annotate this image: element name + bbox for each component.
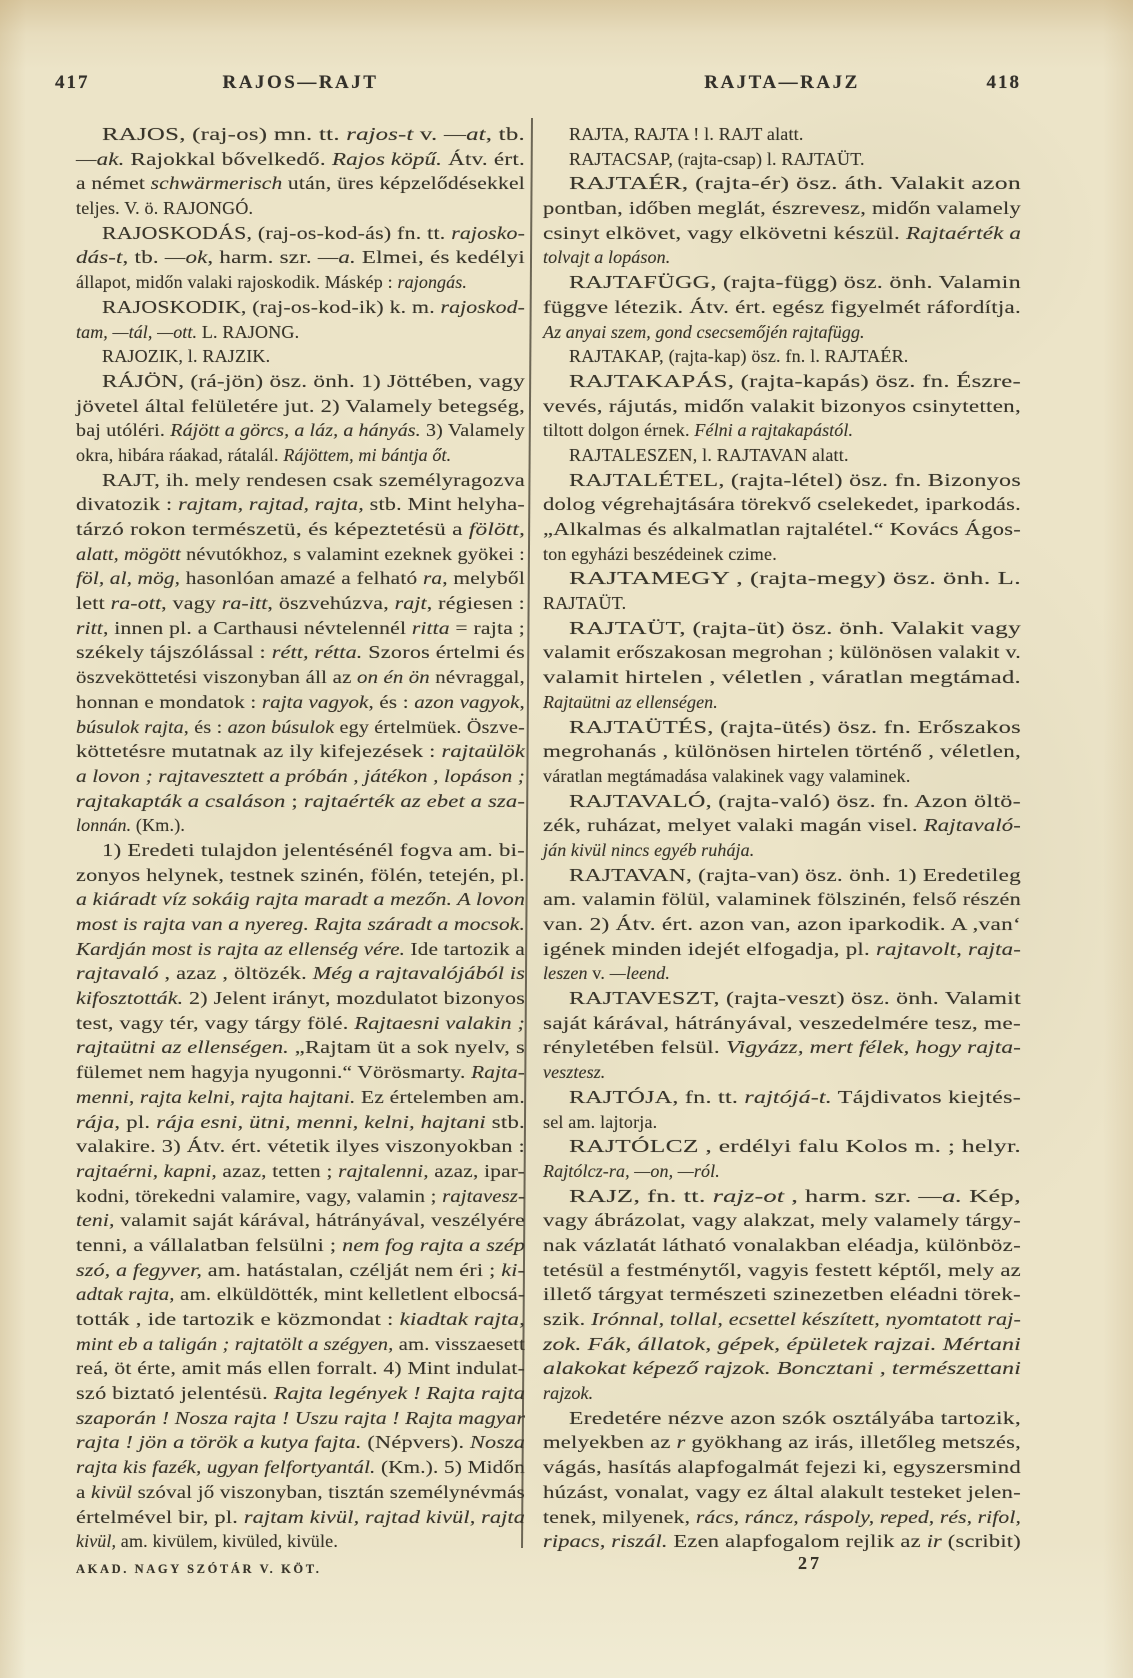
roman-text: RÁJÖN, (rá-jön) ösz. önh. 1) Jöttében, v… <box>102 371 525 391</box>
text-line-content: RAJTAÉR, (rajta-ér) ösz. áth. Valakit az… <box>569 171 1021 196</box>
text-line-content: rajta ! jön a török a kutya fajta. (Népv… <box>76 1430 525 1455</box>
text-line: szaporán ! Nosza rajta ! Uszu rajta ! Ra… <box>76 1406 525 1431</box>
roman-text: RAJTAKAPÁS, (rajta-kapás) ösz. fn. Észre… <box>569 371 1021 391</box>
italic-text: ra-ott <box>111 593 162 613</box>
italic-text: rajtalenni, <box>338 1161 429 1181</box>
text-line-content: melyekben az r gyökhang az irás, illetől… <box>543 1430 1021 1455</box>
text-line-content: RAJTAVESZT, (rajta-veszt) ösz. önh. Vala… <box>569 986 1021 1011</box>
text-line-content: adtak rajta, am. elküldötték, mint kelle… <box>76 1282 525 1307</box>
text-line-content: reá, öt érte, amit más ellen forralt. 4)… <box>76 1356 525 1381</box>
italic-text: szaporán ! Nosza rajta ! Uszu rajta ! Ra… <box>76 1408 525 1428</box>
italic-text: schwärmerisch <box>151 173 283 193</box>
text-line-content: köttetésre mutatnak az ily kifejezések :… <box>76 739 525 764</box>
text-line-content: illető tárgyat természeti szinezetben el… <box>543 1282 1021 1307</box>
text-line: dás-t, tb. —ok, harm. szr. —a. Elmei, és… <box>76 245 525 270</box>
text-line-content: RAJTÓJA, fn. tt. rajtójá-t. Tájdivatos k… <box>569 1085 1021 1110</box>
roman-text: jövetel által felületére jut. 2) Valamel… <box>76 396 525 416</box>
text-line: RAJOS, (raj-os) mn. tt. rajos-t v. —at, … <box>76 122 525 147</box>
roman-text: , <box>520 692 525 712</box>
text-line: RAJOSKODIK, (raj-os-kod-ik) k. m. rajosk… <box>76 295 525 320</box>
roman-text: vágás, hasítás alapfogalmát fejezi ki, e… <box>543 1457 1021 1477</box>
roman-text: Rajokkal bővelkedő. <box>124 149 331 169</box>
roman-text: „Rajtam üt a sok nyelv, s <box>289 1037 525 1057</box>
text-line-content: teni, valamit saját kárával, hátrányával… <box>76 1208 525 1233</box>
text-line: vágás, hasítás alapfogalmát fejezi ki, e… <box>543 1455 1021 1480</box>
text-line: tárzó rokon természetü, és képeztetésü a… <box>76 517 525 542</box>
roman-text: RAJZ, fn. tt. <box>569 1186 713 1206</box>
roman-text: 3) Valamely <box>421 420 525 440</box>
italic-text: Rájöttem, mi bántja őt. <box>283 445 451 465</box>
text-line: a kivül szóval jő viszonyban, tisztán sz… <box>76 1480 525 1505</box>
italic-text: Még a rajtavalójából is <box>313 963 525 983</box>
text-line: jövetel által felületére jut. 2) Valamel… <box>76 394 525 419</box>
roman-text: , és : <box>368 692 414 712</box>
italic-text: Rajtavaló- <box>924 815 1021 835</box>
roman-text: valamit hirtelen , véletlen , váratlan m… <box>543 667 1021 687</box>
text-line: valamit erőszakosan megrohan ; különösen… <box>543 640 1021 665</box>
roman-text: dolog végrehajtására törekvő cselekedet,… <box>543 494 1021 514</box>
text-line-content: megrohanás , különösen hirtelen történő … <box>543 739 1021 764</box>
text-line: kodni, törekedni valamire, vagy, valamin… <box>76 1184 525 1209</box>
text-line: saját kárával, hátrányával, veszedelmére… <box>543 1011 1021 1036</box>
roman-text: szóval jő viszonyban, tisztán személynév… <box>132 1482 525 1502</box>
text-line: teni, valamit saját kárával, hátrányával… <box>76 1208 525 1233</box>
roman-text: , pl. <box>114 1112 156 1132</box>
text-line: honnan e mondatok : rajta vagyok, és : a… <box>76 690 525 715</box>
text-line: RAJT, ih. mely rendesen csak személyrago… <box>76 468 525 493</box>
italic-text: zok. Fák, állatok, gépek, épületek rajza… <box>543 1334 1021 1354</box>
roman-text: reá, öt érte, amit más ellen forralt. 4)… <box>76 1358 525 1378</box>
italic-text: rajta- <box>968 939 1021 959</box>
text-line-content: RAJTAFÜGG, (rajta-függ) ösz. önh. Valami… <box>569 270 1021 295</box>
text-line: illető tárgyat természeti szinezetben el… <box>543 1282 1021 1307</box>
text-line: fülemet nem hagyja nyugonni.“ Vörösmarty… <box>76 1060 525 1085</box>
text-line: RAJTÓJA, fn. tt. rajtójá-t. Tájdivatos k… <box>543 1085 1021 1110</box>
roman-text: RAJT, ih. mely rendesen csak személyrago… <box>102 470 525 490</box>
text-line-content: a német schwärmerisch után, üres képzelő… <box>76 171 525 196</box>
roman-text: megrohanás , különösen hirtelen történő … <box>543 741 1021 761</box>
roman-text: , azaz , öltözék. <box>159 963 313 983</box>
text-line: rajta kis fazék, ugyan felfortyantál. (K… <box>76 1455 525 1480</box>
roman-text: (Népvers). <box>362 1432 470 1452</box>
roman-text: egy értelmüek. Öszve- <box>334 717 525 737</box>
text-line: melyekben az r gyökhang az irás, illetől… <box>543 1430 1021 1455</box>
roman-text: valakire. 3) Átv. ért. vétetik ilyes vis… <box>76 1136 525 1156</box>
roman-text: stb. <box>486 1112 525 1132</box>
italic-text: —leend. <box>610 963 670 983</box>
roman-text: RAJTÓJA, fn. tt. <box>569 1087 744 1107</box>
text-line-content: sel am. lajtorja. <box>543 1110 657 1135</box>
italic-text: ján kivül nincs egyéb ruhája. <box>543 840 754 860</box>
italic-text: Rajtólcz-ra, —on, —ról. <box>543 1161 720 1181</box>
roman-text: RAJTAÜT, (rajta-üt) ösz. önh. Valakit va… <box>569 618 1021 638</box>
text-line-content: vágás, hasítás alapfogalmát fejezi ki, e… <box>543 1455 1021 1480</box>
text-line: RAJOSKODÁS, (raj-os-kod-ás) fn. tt. rajo… <box>76 221 525 246</box>
roman-text: RAJTÓLCZ , erdélyi falu Kolos m. ; helyr… <box>569 1136 1021 1156</box>
text-line: RAJTALÉTEL, (rajta-létel) ösz. fn. Bizon… <box>543 468 1021 493</box>
roman-text: , vagy <box>161 593 222 613</box>
text-line-content: tenni, a vállalatban felsülni ; nem fog … <box>76 1233 525 1258</box>
text-line-content: pontban, időben meglát, észrevesz, midőn… <box>543 196 1021 221</box>
italic-text: ra-itt <box>222 593 268 613</box>
text-line: kifosztották. 2) Jelent irányt, mozdulat… <box>76 986 525 1011</box>
text-line-content: valakire. 3) Átv. ért. vétetik ilyes vis… <box>76 1134 525 1159</box>
italic-text: Rajtaérték a <box>906 223 1021 243</box>
italic-text: r <box>677 1432 686 1452</box>
text-line-content: rajta kis fazék, ugyan felfortyantál. (K… <box>76 1455 525 1480</box>
text-line: a lovon ; rajtavesztett a próbán , játék… <box>76 764 525 789</box>
text-line-content: nak vázlatát látható vonalakban eléadja,… <box>543 1233 1021 1258</box>
text-line-content: szó, a fegyver, am. hatástalan, czélját … <box>76 1258 525 1283</box>
italic-text: Rájött a görcs, a láz, a hányás. <box>170 420 420 440</box>
italic-text: szó, a fegyver, <box>76 1260 202 1280</box>
italic-text: rajtakapták a csaláson <box>76 791 285 811</box>
text-line-content: alakokat képező rajzok. Boncztani , term… <box>543 1356 1021 1381</box>
text-line-content: váratlan megtámadása valakinek vagy vala… <box>543 764 911 789</box>
text-line-content: ritt, innen pl. a Carthausi névtelennél … <box>76 616 525 641</box>
roman-text: „Alkalmas és alkalmatlan rajtalétel.“ Ko… <box>543 519 1021 539</box>
italic-text: rajta kis fazék, ugyan felfortyantál. <box>76 1457 375 1477</box>
italic-text: rajtaütni az ellenségen. <box>76 1037 289 1057</box>
text-line-content: dolog végrehajtására törekvő cselekedet,… <box>543 492 1021 517</box>
roman-text: Tájdivatos kiejtés- <box>832 1087 1021 1107</box>
italic-text: rajt <box>395 593 427 613</box>
text-line-content: RAJTAÜT. <box>543 591 626 616</box>
page-number-right: 418 <box>961 72 1021 98</box>
italic-text: rajos-t <box>346 124 413 144</box>
text-line-content: vagy ábrázolat, vagy alakzat, mely valam… <box>543 1208 1021 1233</box>
text-line-content: kifosztották. 2) Jelent irányt, mozdulat… <box>76 986 525 1011</box>
roman-text: nak vázlatát látható vonalakban eléadja,… <box>543 1235 1021 1255</box>
italic-text: a lovon ; rajtavesztett a próbán , játék… <box>76 766 525 786</box>
text-line: rajtaütni az ellenségen. „Rajtam üt a so… <box>76 1035 525 1060</box>
text-line-content: jövetel által felületére jut. 2) Valamel… <box>76 394 525 419</box>
text-line-content: rajtavaló , azaz , öltözék. Még a rajtav… <box>76 961 525 986</box>
text-line-content: húzást, vonalat, vagy ez által alakult t… <box>543 1480 1021 1505</box>
text-line: dolog végrehajtására törekvő cselekedet,… <box>543 492 1021 517</box>
text-line-content: tiltott dolgon érnek. Félni a rajtakapás… <box>543 418 853 443</box>
italic-text: ra <box>423 568 442 588</box>
text-line: reá, öt érte, amit más ellen forralt. 4)… <box>76 1356 525 1381</box>
roman-text: tenni, a vállalatban felsülni ; <box>76 1235 342 1255</box>
text-line: most is rajta van a nyereg. Rajta szárad… <box>76 912 525 937</box>
roman-text: = rajta ; <box>450 618 525 638</box>
roman-text: RAJTAÜT. <box>543 593 626 613</box>
roman-text: Ez értelemben am. <box>355 1087 525 1107</box>
text-line-content: a kivül szóval jő viszonyban, tisztán sz… <box>76 1480 525 1505</box>
roman-text: am. hatástalan, czélját nem éri ; <box>202 1260 501 1280</box>
text-line-content: RÁJÖN, (rá-jön) ösz. önh. 1) Jöttében, v… <box>102 369 525 394</box>
italic-text: rajtam kivül, rajtad kivül, rajta <box>244 1507 525 1527</box>
italic-text: vesztesz. <box>543 1062 605 1082</box>
text-line-content: zok. Fák, állatok, gépek, épületek rajza… <box>543 1332 1021 1357</box>
italic-text: rája esni, ütni, menni, kelni, hajtani <box>156 1112 486 1132</box>
text-line: valamit hirtelen , véletlen , váratlan m… <box>543 665 1021 690</box>
text-line: szó, a fegyver, am. hatástalan, czélját … <box>76 1258 525 1283</box>
roman-text: húzást, vonalat, vagy ez által alakult t… <box>543 1482 1021 1502</box>
text-line: adtak rajta, am. elküldötték, mint kelle… <box>76 1282 525 1307</box>
text-line: tiltott dolgon érnek. Félni a rajtakapás… <box>543 418 1021 443</box>
text-line: csinyt elkövet, vagy elkövetni készül. R… <box>543 221 1021 246</box>
roman-text: Kép, <box>962 1186 1021 1206</box>
text-line-content: fülemet nem hagyja nyugonni.“ Vörösmarty… <box>76 1060 525 1085</box>
italic-text: rajzok. <box>543 1383 593 1403</box>
roman-text: tották , ide tartozik e közmondat : <box>76 1309 400 1329</box>
text-line: tenni, a vállalatban felsülni ; nem fog … <box>76 1233 525 1258</box>
text-line-content: Kardján most is rajta az ellenség vére. … <box>76 937 525 962</box>
roman-text: (scribit) <box>942 1531 1021 1551</box>
text-line-content: RAJOZIK, l. RAJZIK. <box>102 344 270 369</box>
text-line: RAJTÓLCZ , erdélyi falu Kolos m. ; helyr… <box>543 1134 1021 1159</box>
text-line-content: saját kárával, hátrányával, veszedelmére… <box>543 1011 1021 1036</box>
roman-text: , és : <box>184 717 228 737</box>
roman-text: a <box>76 1482 91 1502</box>
roman-text: ton egyházi beszédeinek czime. <box>543 544 777 564</box>
roman-text: RAJTAÜTÉS, (rajta-ütés) ösz. fn. Erőszak… <box>569 717 1021 737</box>
roman-text: tetésül a festménytől, vagyis festett ké… <box>543 1260 1021 1280</box>
roman-text: Átv. ért. <box>442 149 525 169</box>
roman-text: 1) Eredeti tulajdon jelentésénél fogva a… <box>102 840 525 860</box>
roman-text: RAJTACSAP, (rajta-csap) l. RAJTAÜT. <box>569 149 865 169</box>
italic-text: Félni a rajtakapástól. <box>694 420 853 440</box>
roman-text: am. elküldötték, mint kelletlent elbocsá… <box>175 1284 525 1304</box>
roman-text: valamit erőszakosan megrohan ; különösen… <box>543 642 1021 662</box>
text-line: menni, rajta kelni, rajta hajtani. Ez ér… <box>76 1085 525 1110</box>
text-line-content: a kiáradt víz sokáig rajta maradt a mező… <box>76 887 525 912</box>
roman-text: , harm. szr. <box>784 1186 918 1206</box>
text-line-content: csinyt elkövet, vagy elkövetni készül. R… <box>543 221 1021 246</box>
roman-text: RAJTAKAP, (rajta-kap) ösz. fn. l. RAJTAÉ… <box>569 346 908 366</box>
text-line-content: zonyos helynek, testnek szinén, fölén, t… <box>76 863 525 888</box>
roman-text: teljes. V. ö. RAJONGÓ. <box>76 198 253 218</box>
roman-text: am. valamin fölül, valaminek fölszinén, … <box>543 889 1021 909</box>
text-line: test, vagy tér, vagy tárgy fölé. Rajtaes… <box>76 1011 525 1036</box>
text-line-content: ripacs, riszál. Ezen alapfogalom rejlik … <box>543 1529 1021 1554</box>
text-line: alatt, mögött névutókhoz, s valamint eze… <box>76 542 525 567</box>
text-line: pontban, időben meglát, észrevesz, midőn… <box>543 196 1021 221</box>
text-line: divatozik : rajtam, rajtad, rajta, stb. … <box>76 492 525 517</box>
roman-text: v. <box>413 124 444 144</box>
text-line-content: tolvajt a lopáson. <box>543 245 670 270</box>
dictionary-page: 417 RAJOS—RAJT RAJTA—RAJZ 418 RAJOS, (ra… <box>0 0 1133 1678</box>
italic-text: rajtaérni, kapni, <box>76 1161 217 1181</box>
italic-text: Irónnal, tollal, ecsettel készített, nyo… <box>591 1309 1021 1329</box>
italic-text: búsulok rajta <box>76 717 184 737</box>
italic-text: rajtaérték az ebet a sza- <box>304 791 525 811</box>
text-line-content: állapot, midőn valaki rajoskodik. Máskép… <box>76 270 467 295</box>
text-line: tenek, milyenek, rács, ráncz, ráspoly, r… <box>543 1505 1021 1530</box>
roman-text: RAJOSKODÁS, (raj-os-kod-ás) fn. tt. <box>102 223 451 243</box>
roman-text: pontban, időben meglát, észrevesz, midőn… <box>543 198 1021 218</box>
italic-text: rajta ! jön a török a kutya fajta. <box>76 1432 362 1452</box>
text-line-content: rajzok. <box>543 1381 593 1406</box>
text-line: lett ra-ott, vagy ra-itt, öszvehúzva, ra… <box>76 591 525 616</box>
italic-text: —a. <box>918 1186 962 1206</box>
text-line-content: menni, rajta kelni, rajta hajtani. Ez ér… <box>76 1085 525 1110</box>
italic-text: ritta <box>412 618 450 638</box>
roman-text: hasonlóan amazé a felható <box>180 568 423 588</box>
text-line-content: RAJTACSAP, (rajta-csap) l. RAJTAÜT. <box>569 147 865 172</box>
text-line-content: am. valamin fölül, valaminek fölszinén, … <box>543 887 1021 912</box>
text-line: Kardján most is rajta az ellenség vére. … <box>76 937 525 962</box>
italic-text: rajtaülök <box>442 741 525 761</box>
roman-text: van. 2) Átv. ért. azon van, azon iparkod… <box>543 914 1021 934</box>
text-line-content: van. 2) Átv. ért. azon van, azon iparkod… <box>543 912 1021 937</box>
italic-text: ritt <box>76 618 103 638</box>
text-line-content: 1) Eredeti tulajdon jelentésénél fogva a… <box>102 838 525 863</box>
italic-text: föl, al, mög, <box>76 568 180 588</box>
italic-text: fölött, <box>469 519 525 539</box>
italic-text: nem fog rajta a szép <box>342 1235 525 1255</box>
text-line: Rajtaütni az ellenségen. <box>543 690 1021 715</box>
text-line: zok. Fák, állatok, gépek, épületek rajza… <box>543 1332 1021 1357</box>
text-line-content: függve létezik. Átv. ért. egész figyelmé… <box>543 295 1021 320</box>
roman-text: szik. <box>543 1309 591 1329</box>
italic-text: rajongás. <box>398 272 467 292</box>
text-line-content: Rajtaütni az ellenségen. <box>543 690 718 715</box>
italic-text: ki- <box>501 1260 525 1280</box>
text-line: székely tájszólással : rétt, rétta. Szor… <box>76 640 525 665</box>
text-line: zonyos helynek, testnek szinén, fölén, t… <box>76 863 525 888</box>
italic-text: Rajos köpű. <box>332 149 442 169</box>
text-line: rajzok. <box>543 1381 1021 1406</box>
italic-text: Vigyázz, mert félek, hogy rajta- <box>726 1037 1021 1057</box>
text-line: RAJTAVAN, (rajta-van) ösz. önh. 1) Erede… <box>543 863 1021 888</box>
text-line: búsulok rajta, és : azon búsulok egy ért… <box>76 715 525 740</box>
text-line-content: RAJZ, fn. tt. rajz-ot , harm. szr. —a. K… <box>569 1184 1021 1209</box>
text-line-content: alatt, mögött névutókhoz, s valamint eze… <box>76 542 525 567</box>
text-line-content: kivül, am. kivülem, kivüled, kivüle. <box>76 1529 338 1554</box>
text-line: rajtakapták a csaláson ; rajtaérték az e… <box>76 789 525 814</box>
italic-text: —at <box>444 124 486 144</box>
text-line: RAJTAKAPÁS, (rajta-kapás) ösz. fn. Észre… <box>543 369 1021 394</box>
roman-text: tenek, milyenek, <box>543 1507 696 1527</box>
italic-text: on én ön <box>357 667 430 687</box>
roman-text: , <box>956 939 968 959</box>
text-line: sel am. lajtorja. <box>543 1110 1021 1135</box>
roman-text: RAJOS, (raj-os) mn. tt. <box>102 124 346 144</box>
text-line-content: lonnán. (Km.). <box>76 813 185 838</box>
roman-text: a német <box>76 173 151 193</box>
text-line: RAJTAÜT. <box>543 591 1021 616</box>
italic-text: rajtavolt <box>876 939 956 959</box>
roman-text: Szoros értelmi és <box>362 642 525 662</box>
right-column: RAJTA, RAJTA ! l. RAJT alatt.RAJTACSAP, … <box>543 122 1021 1554</box>
roman-text: igének minden idejét elfogadja, pl. <box>543 939 876 959</box>
roman-text: függve létezik. Átv. ért. egész figyelmé… <box>543 297 1021 317</box>
text-line-content: rényletében felsül. Vigyázz, mert félek,… <box>543 1035 1021 1060</box>
italic-text: kifosztották. <box>76 988 183 1008</box>
italic-text: tam, —tál, —ott. <box>76 322 197 342</box>
roman-text: RAJOSKODIK, (raj-os-kod-ik) k. m. <box>102 297 441 317</box>
roman-text: am. kivülem, kivüled, kivüle. <box>116 1531 338 1551</box>
roman-text: , tb. <box>486 124 525 144</box>
text-line-content: RAJOSKODIK, (raj-os-kod-ik) k. m. rajosk… <box>102 295 525 320</box>
text-line: RAJTA, RAJTA ! l. RAJT alatt. <box>543 122 1021 147</box>
text-line: zék, ruházat, melyet valaki magán visel.… <box>543 813 1021 838</box>
roman-text: vagy ábrázolat, vagy alakzat, mely valam… <box>543 1210 1021 1230</box>
roman-text: értelmével bir, pl. <box>76 1507 244 1527</box>
roman-text: (Km.). 5) Midőn <box>375 1457 525 1477</box>
text-line: értelmével bir, pl. rajtam kivül, rajtad… <box>76 1505 525 1530</box>
text-line-content: —ak. Rajokkal bővelkedő. Rajos köpű. Átv… <box>76 147 525 172</box>
italic-text: rajta vagyok <box>262 692 369 712</box>
text-line-content: RAJTAVAN, (rajta-van) ösz. önh. 1) Erede… <box>569 863 1021 888</box>
text-line-content: divatozik : rajtam, rajtad, rajta, stb. … <box>76 492 525 517</box>
text-line-content: tam, —tál, —ott. L. RAJONG. <box>76 320 299 345</box>
italic-text: ripacs, riszál. <box>543 1531 668 1551</box>
text-line: leszen v. —leend. <box>543 961 1021 986</box>
roman-text: honnan e mondatok : <box>76 692 262 712</box>
roman-text: kodni, törekedni valamire, vagy, valamin… <box>76 1186 442 1206</box>
text-line-content: RAJTALESZEN, l. RAJTAVAN alatt. <box>569 443 849 468</box>
roman-text: Ezen alapfogalom rejlik az <box>668 1531 927 1551</box>
roman-text: RAJOZIK, l. RAJZIK. <box>102 346 270 366</box>
roman-text: RAJTAFÜGG, (rajta-függ) ösz. önh. Valami… <box>569 272 1021 292</box>
text-line-content: rajtakapták a csaláson ; rajtaérték az e… <box>76 789 525 814</box>
roman-text: am. visszaesett <box>393 1334 525 1354</box>
text-line: öszveköttetési viszonyban áll az on én ö… <box>76 665 525 690</box>
text-line-content: RAJTÓLCZ , erdélyi falu Kolos m. ; helyr… <box>569 1134 1021 1159</box>
roman-text: RAJTAÉR, (rajta-ér) ösz. áth. Valakit az… <box>569 173 1021 193</box>
text-line: valakire. 3) Átv. ért. vétetik ilyes vis… <box>76 1134 525 1159</box>
roman-text: , melyből <box>442 568 525 588</box>
text-line: rényletében felsül. Vigyázz, mert félek,… <box>543 1035 1021 1060</box>
text-line-content: rája, pl. rája esni, ütni, menni, kelni,… <box>76 1110 525 1135</box>
text-line: igének minden idejét elfogadja, pl. rajt… <box>543 937 1021 962</box>
text-line-content: szaporán ! Nosza rajta ! Uszu rajta ! Ra… <box>76 1406 525 1431</box>
text-line-content: valamit erőszakosan megrohan ; különösen… <box>543 640 1021 665</box>
italic-text: Rajtaesni valakin ; <box>354 1013 525 1033</box>
text-line: a német schwärmerisch után, üres képzelő… <box>76 171 525 196</box>
text-line-content: a lovon ; rajtavesztett a próbán , játék… <box>76 764 525 789</box>
text-line: teljes. V. ö. RAJONGÓ. <box>76 196 525 221</box>
italic-text: kivül <box>91 1482 132 1502</box>
text-line: szik. Irónnal, tollal, ecsettel készítet… <box>543 1307 1021 1332</box>
roman-text: lett <box>76 593 111 613</box>
text-line-content: vesztesz. <box>543 1060 605 1085</box>
text-line: vesztesz. <box>543 1060 1021 1085</box>
text-line: tolvajt a lopáson. <box>543 245 1021 270</box>
text-line: van. 2) Átv. ért. azon van, azon iparkod… <box>543 912 1021 937</box>
text-line-content: öszveköttetési viszonyban áll az on én ö… <box>76 665 525 690</box>
text-line: 1) Eredeti tulajdon jelentésénél fogva a… <box>76 838 525 863</box>
text-line: tották , ide tartozik e közmondat : kiad… <box>76 1307 525 1332</box>
text-line-content: leszen v. —leend. <box>543 961 670 986</box>
roman-text: valamit saját kárával, hátrányával, vesz… <box>115 1210 525 1230</box>
italic-text: Rajta legények ! Rajta rajta <box>274 1383 525 1403</box>
roman-text: tárzó rokon természetü, és képeztetésü a <box>76 519 469 539</box>
text-line: RAJTAVALÓ, (rajta-való) ösz. fn. Azon öl… <box>543 789 1021 814</box>
italic-text: leszen <box>543 963 588 983</box>
roman-text: öszveköttetési viszonyban áll az <box>76 667 357 687</box>
text-line-content: szó biztató jelentésü. Rajta legények ! … <box>76 1381 525 1406</box>
text-line: a kiáradt víz sokáig rajta maradt a mező… <box>76 887 525 912</box>
text-line: Rajtólcz-ra, —on, —ról. <box>543 1159 1021 1184</box>
text-line-content: tották , ide tartozik e közmondat : kiad… <box>76 1307 525 1332</box>
text-line: szó biztató jelentésü. Rajta legények ! … <box>76 1381 525 1406</box>
text-line-content: mint eb a taligán ; rajtatölt a szégyen,… <box>76 1332 525 1357</box>
roman-text: zonyos helynek, testnek szinén, fölén, t… <box>76 865 525 885</box>
text-line-content: zék, ruházat, melyet valaki magán visel.… <box>543 813 1021 838</box>
signature-mark: 27 <box>543 1553 1021 1574</box>
italic-text: rája <box>76 1112 114 1132</box>
text-line-content: RAJTAKAPÁS, (rajta-kapás) ösz. fn. Észre… <box>569 369 1021 394</box>
text-line: RAJTAÜTÉS, (rajta-ütés) ösz. fn. Erőszak… <box>543 715 1021 740</box>
roman-text: saját kárával, hátrányával, veszedelmére… <box>543 1013 1021 1033</box>
roman-text: RAJTAMEGY , (rajta-megy) ösz. önh. L. <box>569 568 1021 588</box>
text-line: állapot, midőn valaki rajoskodik. Máskép… <box>76 270 525 295</box>
